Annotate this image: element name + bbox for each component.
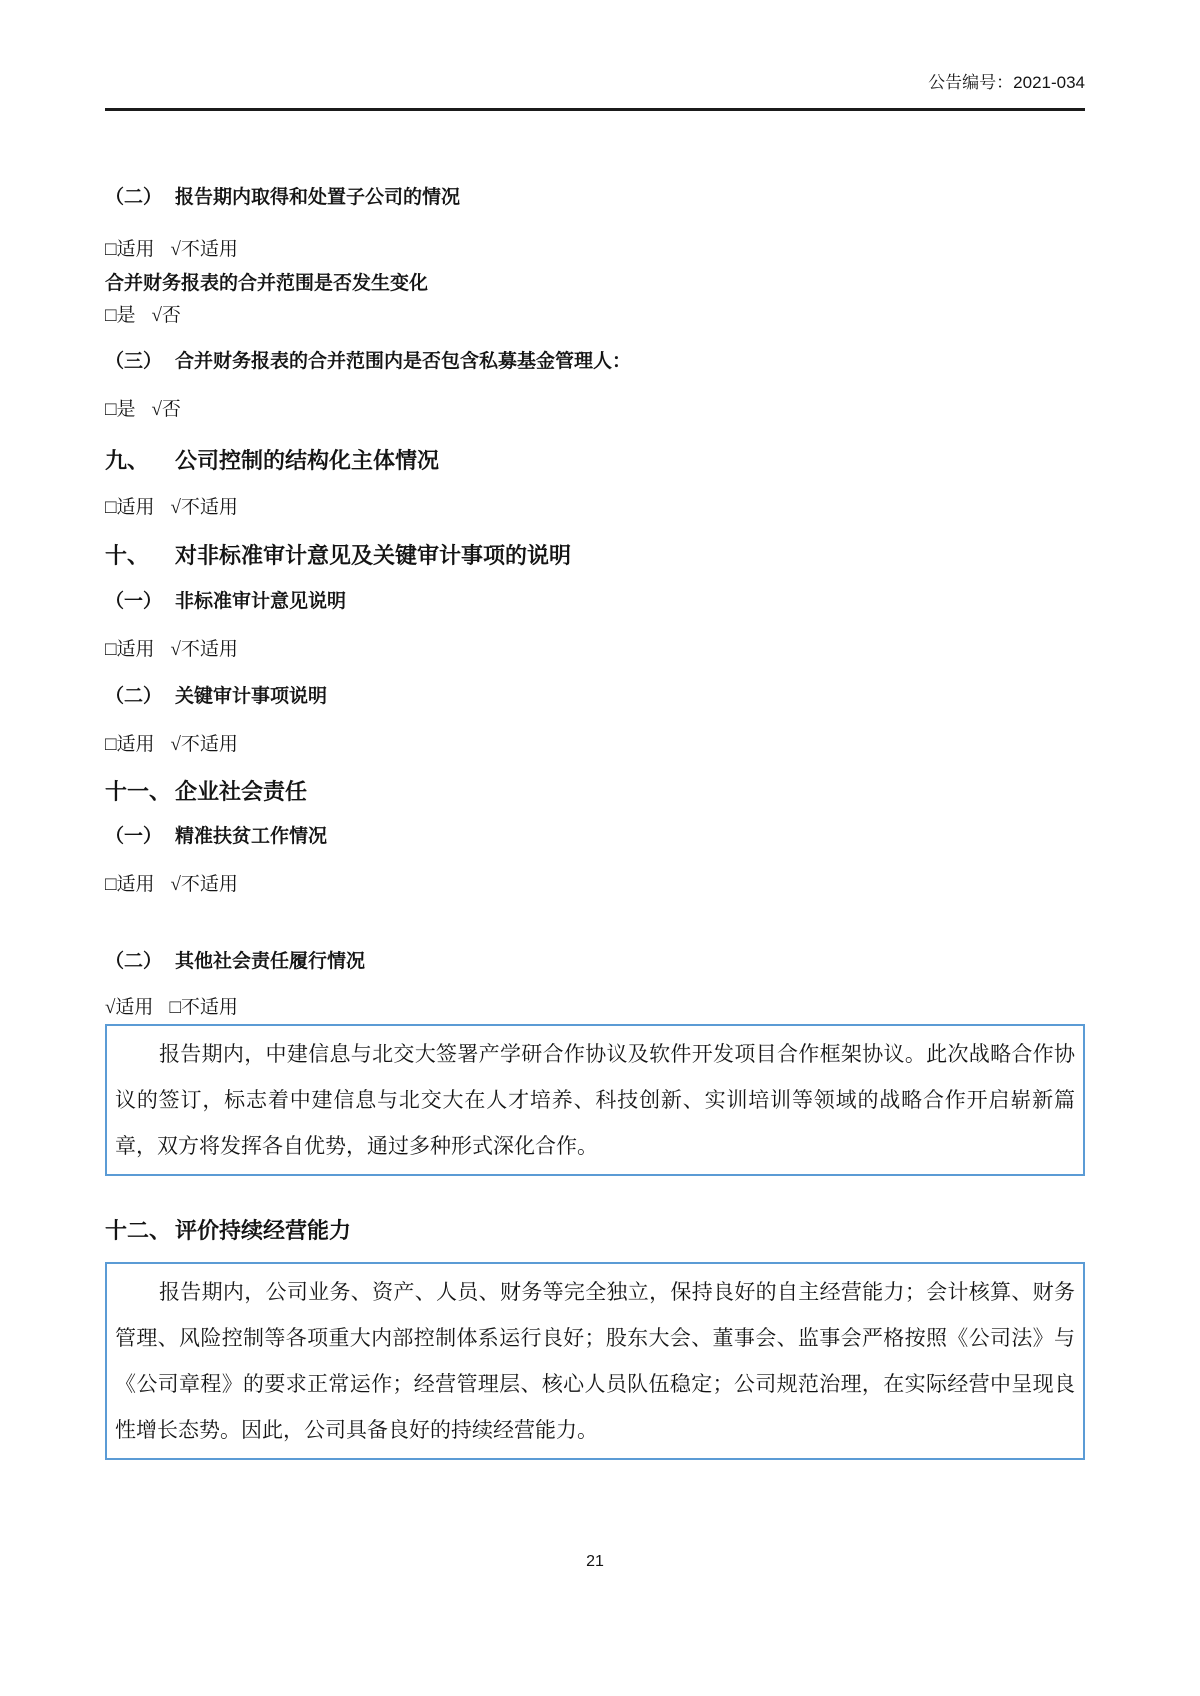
checkbox-option-unchecked: □是 (105, 399, 135, 420)
checkbox-option-unchecked: □适用 (105, 734, 154, 755)
heading-s2-title: 报告期内取得和处置子公司的情况 (175, 187, 460, 208)
check-line-merge-scope: □是√否 (105, 304, 1085, 328)
heading-s11-2-number: （二） (105, 950, 175, 974)
check-line-s9: □适用√不适用 (105, 496, 1085, 520)
heading-s10-2-number: （二） (105, 685, 175, 709)
heading-s11-1-number: （一） (105, 825, 175, 849)
checkbox-option-unchecked: □适用 (105, 239, 154, 260)
heading-s10-1-number: （一） (105, 590, 175, 614)
checkbox-option-unchecked: □适用 (105, 874, 154, 895)
check-line-s3: □是√否 (105, 398, 1085, 422)
checkbox-option-checked: √否 (151, 305, 180, 326)
heading-s12-title: 评价持续经营能力 (175, 1218, 351, 1243)
checkbox-option-unchecked: □是 (105, 305, 135, 326)
heading-s11: 十一、企业社会责任 (105, 779, 1085, 805)
heading-s10-1: （一）非标准审计意见说明 (105, 590, 1085, 614)
checkbox-option-unchecked: □不适用 (169, 997, 237, 1018)
heading-s3-title: 合并财务报表的合并范围内是否包含私募基金管理人： (175, 351, 631, 372)
check-line-s11-2: √适用□不适用 (105, 996, 1085, 1020)
checkbox-option-checked: √适用 (105, 997, 153, 1018)
heading-s10: 十、对非标准审计意见及关键审计事项的说明 (105, 543, 1085, 569)
checkbox-option-checked: √不适用 (170, 239, 237, 260)
heading-s11-1-title: 精准扶贫工作情况 (175, 826, 327, 847)
heading-s12: 十二、评价持续经营能力 (105, 1218, 1085, 1244)
social-responsibility-text: 报告期内，中建信息与北交大签署产学研合作协议及软件开发项目合作框架协议。此次战略… (115, 1031, 1075, 1169)
check-line-s10-2: □适用√不适用 (105, 733, 1085, 757)
check-line-s11-1: □适用√不适用 (105, 873, 1085, 897)
check-line-s2: □适用√不适用 (105, 238, 1085, 262)
checkbox-option-checked: √不适用 (170, 874, 237, 895)
going-concern-textbox: 报告期内，公司业务、资产、人员、财务等完全独立，保持良好的自主经营能力；会计核算… (105, 1262, 1085, 1460)
going-concern-text: 报告期内，公司业务、资产、人员、财务等完全独立，保持良好的自主经营能力；会计核算… (115, 1269, 1075, 1453)
heading-s12-number: 十二、 (105, 1218, 175, 1244)
heading-s11-1: （一）精准扶贫工作情况 (105, 825, 1085, 849)
check-line-s10-1: □适用√不适用 (105, 638, 1085, 662)
heading-s2-number: （二） (105, 186, 175, 210)
doc-number: 公告编号：2021-034 (928, 73, 1085, 92)
merge-scope-question: 合并财务报表的合并范围是否发生变化 (105, 272, 1085, 296)
page-number: 21 (105, 1553, 1085, 1571)
checkbox-option-checked: √不适用 (170, 639, 237, 660)
heading-s9: 九、公司控制的结构化主体情况 (105, 448, 1085, 474)
checkbox-option-unchecked: □适用 (105, 497, 154, 518)
heading-s11-title: 企业社会责任 (175, 779, 307, 804)
heading-s11-number: 十一、 (105, 779, 175, 805)
social-responsibility-textbox: 报告期内，中建信息与北交大签署产学研合作协议及软件开发项目合作框架协议。此次战略… (105, 1024, 1085, 1176)
heading-s3-number: （三） (105, 350, 175, 374)
document-page: 公告编号：2021-034 （二）报告期内取得和处置子公司的情况 □适用√不适用… (0, 0, 1200, 1696)
heading-s2: （二）报告期内取得和处置子公司的情况 (105, 186, 1085, 210)
heading-s10-2-title: 关键审计事项说明 (175, 686, 327, 707)
heading-s11-2: （二）其他社会责任履行情况 (105, 950, 1085, 974)
checkbox-option-checked: √不适用 (170, 734, 237, 755)
checkbox-option-checked: √否 (151, 399, 180, 420)
heading-s3: （三）合并财务报表的合并范围内是否包含私募基金管理人： (105, 350, 1085, 374)
heading-s10-2: （二）关键审计事项说明 (105, 685, 1085, 709)
heading-s10-title: 对非标准审计意见及关键审计事项的说明 (175, 543, 571, 568)
heading-s9-number: 九、 (105, 448, 175, 474)
heading-s9-title: 公司控制的结构化主体情况 (175, 448, 439, 473)
checkbox-option-checked: √不适用 (170, 497, 237, 518)
heading-s11-2-title: 其他社会责任履行情况 (175, 951, 365, 972)
heading-s10-number: 十、 (105, 543, 175, 569)
heading-s10-1-title: 非标准审计意见说明 (175, 591, 346, 612)
page-header: 公告编号：2021-034 (105, 70, 1085, 111)
checkbox-option-unchecked: □适用 (105, 639, 154, 660)
